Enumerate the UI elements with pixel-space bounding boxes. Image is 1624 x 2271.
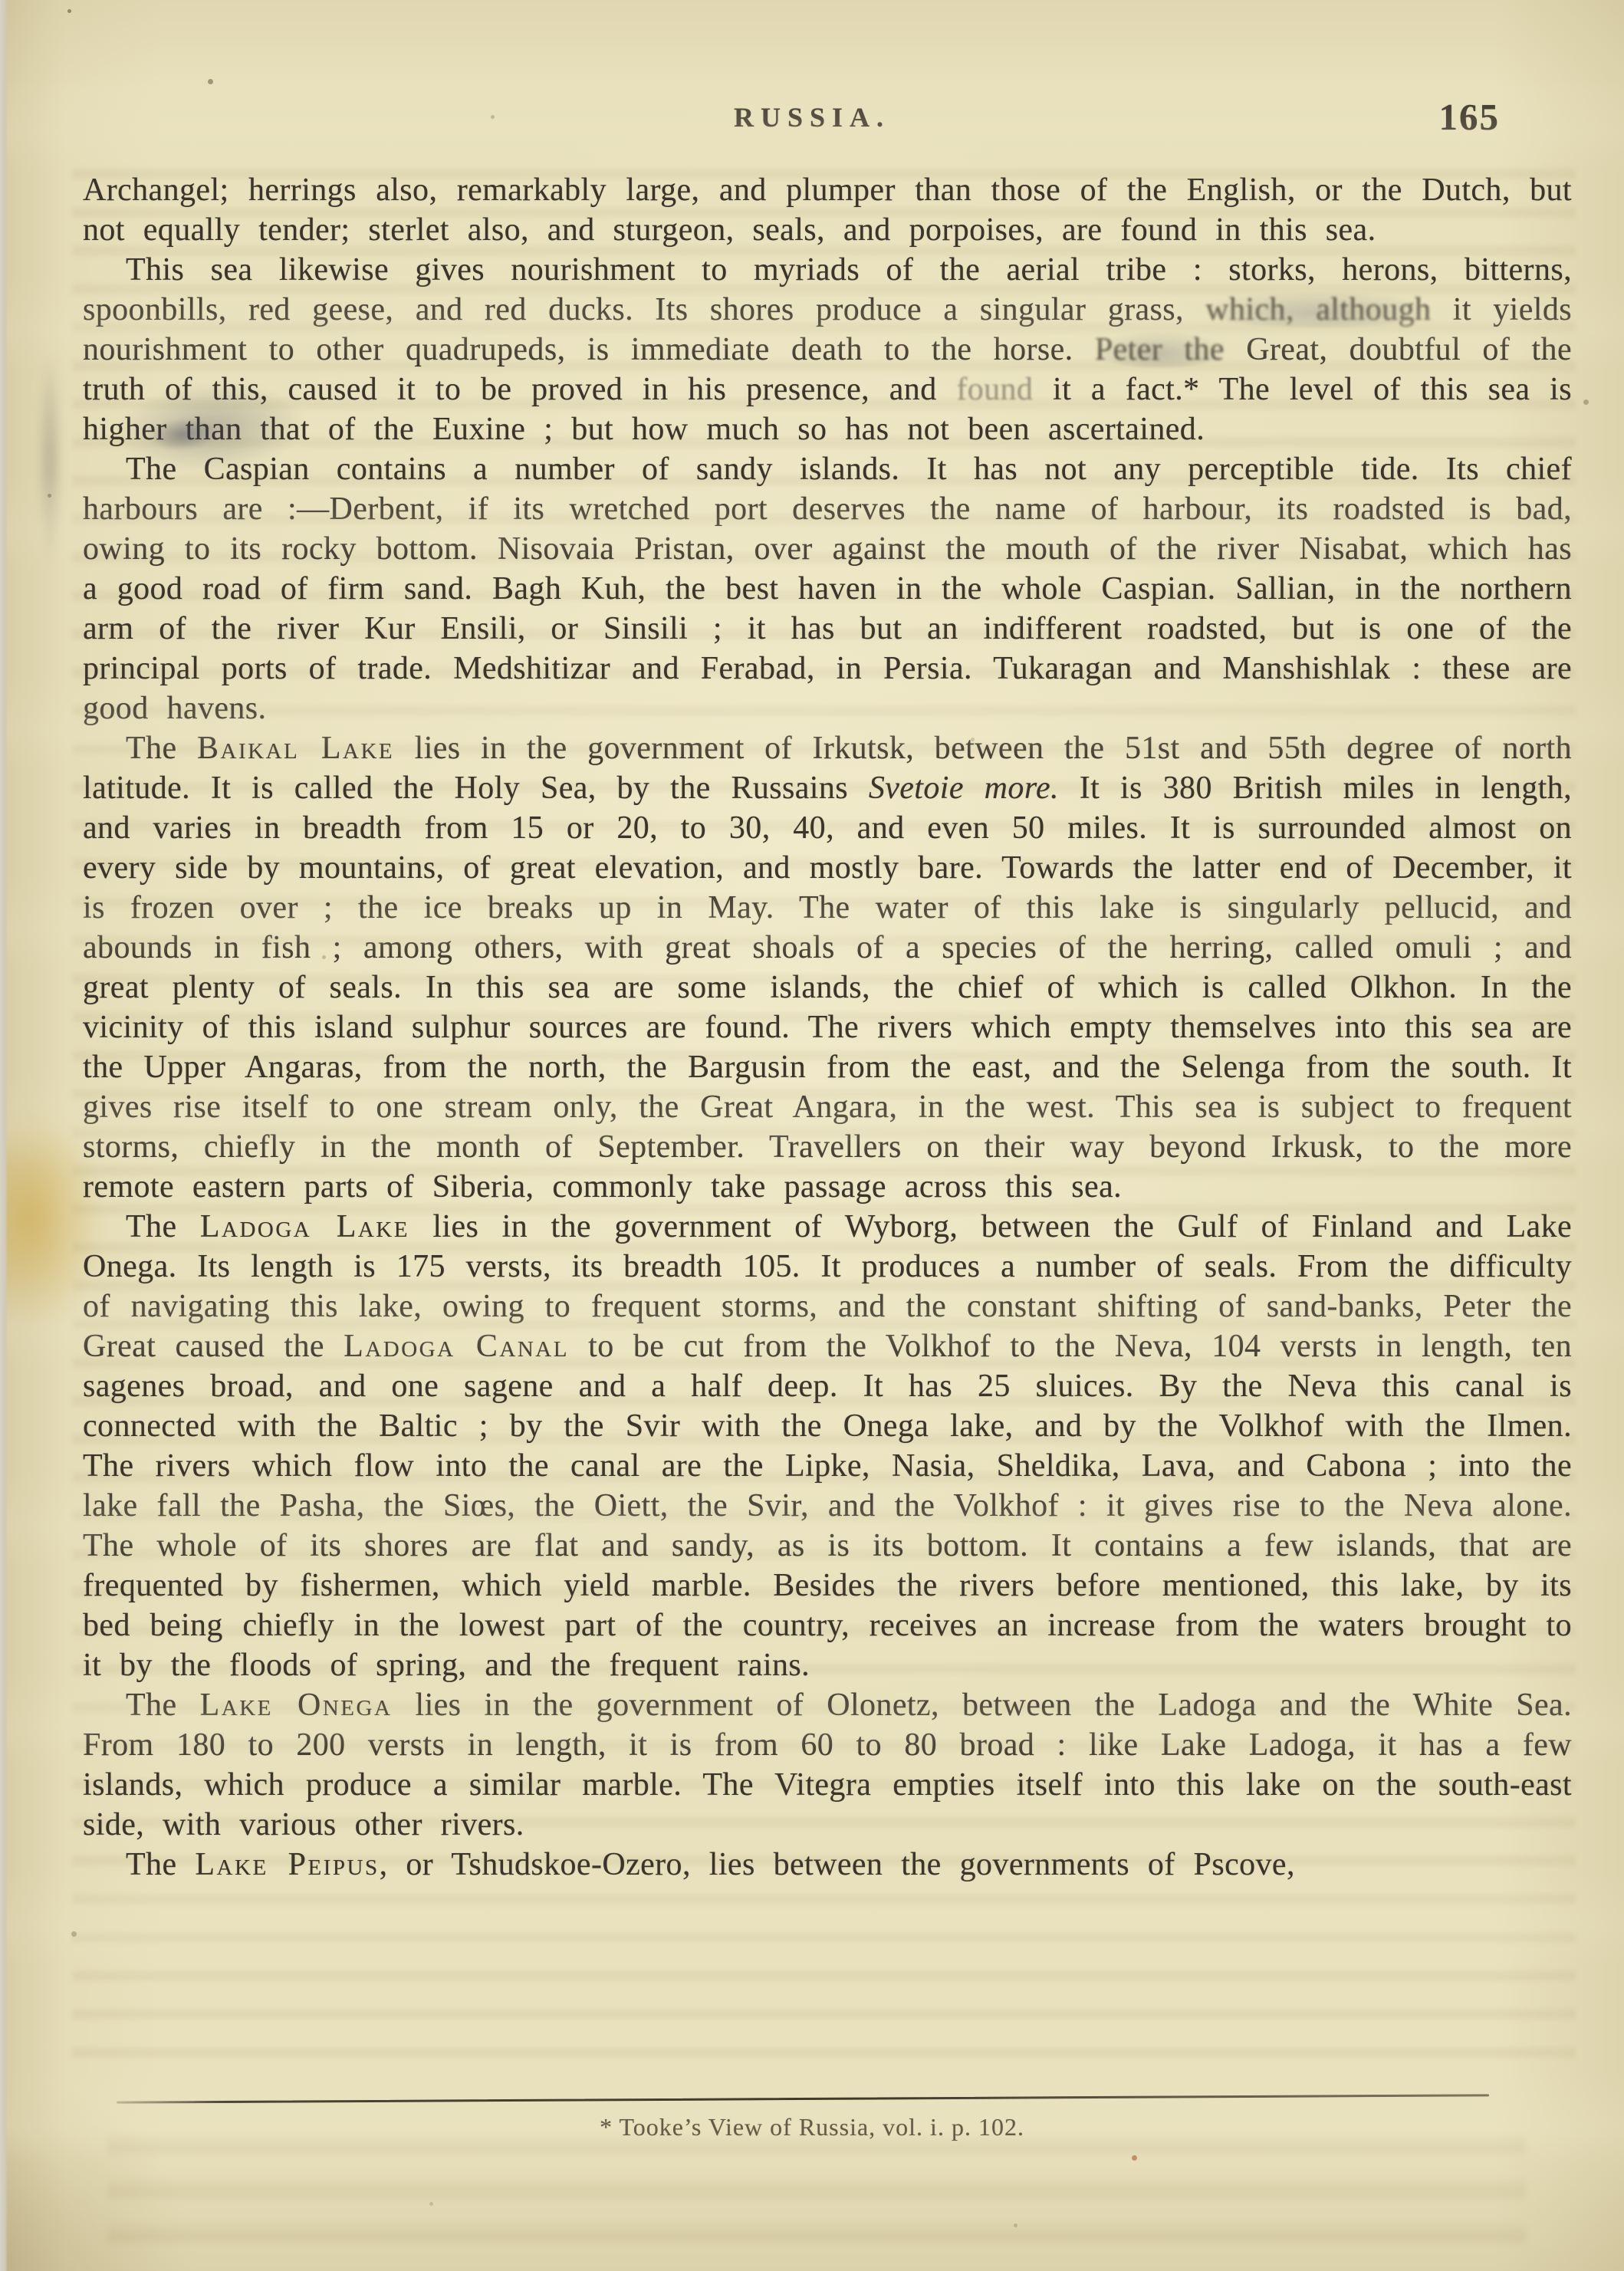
smudged-text: Peter the [1095, 332, 1225, 367]
running-header: RUSSIA. 165 [0, 101, 1624, 147]
faded-text: found [956, 372, 1033, 407]
text-segment: The [126, 1847, 195, 1882]
text-segment: The [126, 731, 197, 766]
book-page-scan: RUSSIA. 165 Archangel; herrings also, re… [0, 0, 1624, 2271]
text-segment: The [126, 1688, 200, 1723]
paragraph-lake-onega: The Lake Onega lies in the government of… [83, 1685, 1572, 1845]
smallcaps-canal-name: Ladoga Canal [344, 1329, 569, 1364]
smallcaps-lake-name: Baikal Lake [197, 731, 394, 766]
italic-term: Svetoie more. [869, 771, 1059, 806]
paragraph-archangel: Archangel; herrings also, remarkably lar… [83, 170, 1572, 250]
footnote-divider [117, 2094, 1489, 2103]
page-number: 165 [1439, 95, 1501, 139]
running-header-title: RUSSIA. [0, 101, 1624, 133]
smudged-text: which, although [1205, 292, 1431, 327]
footnote-citation: * Tooke’s View of Russia, vol. i. p. 102… [0, 2113, 1624, 2141]
corner-shade [0, 2070, 199, 2271]
text-segment: , or Tshudskoe-Ozero, lies between the g… [380, 1847, 1295, 1882]
text-segment: It is 380 British miles in length, and v… [83, 771, 1572, 1205]
paragraph-ladoga-lake: The Ladoga Lake lies in the government o… [83, 1207, 1572, 1685]
smallcaps-lake-name: Lake Onega [200, 1688, 393, 1723]
paper-streak [37, 353, 63, 567]
text-segment: The [126, 1209, 200, 1244]
ink-smudge-blot [112, 375, 310, 480]
smallcaps-lake-name: Lake Peipus [195, 1847, 379, 1882]
paragraph-caspian-islands: The Caspian contains a number of sandy i… [83, 449, 1572, 728]
text-segment: Archangel; herrings also, remarkably lar… [83, 173, 1572, 248]
verso-show-through-bottom [107, 2124, 1526, 2246]
smallcaps-lake-name: Ladoga Lake [200, 1209, 409, 1244]
paragraph-lake-peipus: The Lake Peipus, or Tshudskoe-Ozero, lie… [83, 1845, 1572, 1885]
text-segment: The Caspian contains a number of sandy i… [83, 452, 1572, 726]
text-segment: to be cut from the Volkhof to the Neva, … [83, 1329, 1572, 1683]
scan-edge-strip [0, 0, 8, 2271]
paragraph-baikal-lake: The Baikal Lake lies in the government o… [83, 728, 1572, 1207]
